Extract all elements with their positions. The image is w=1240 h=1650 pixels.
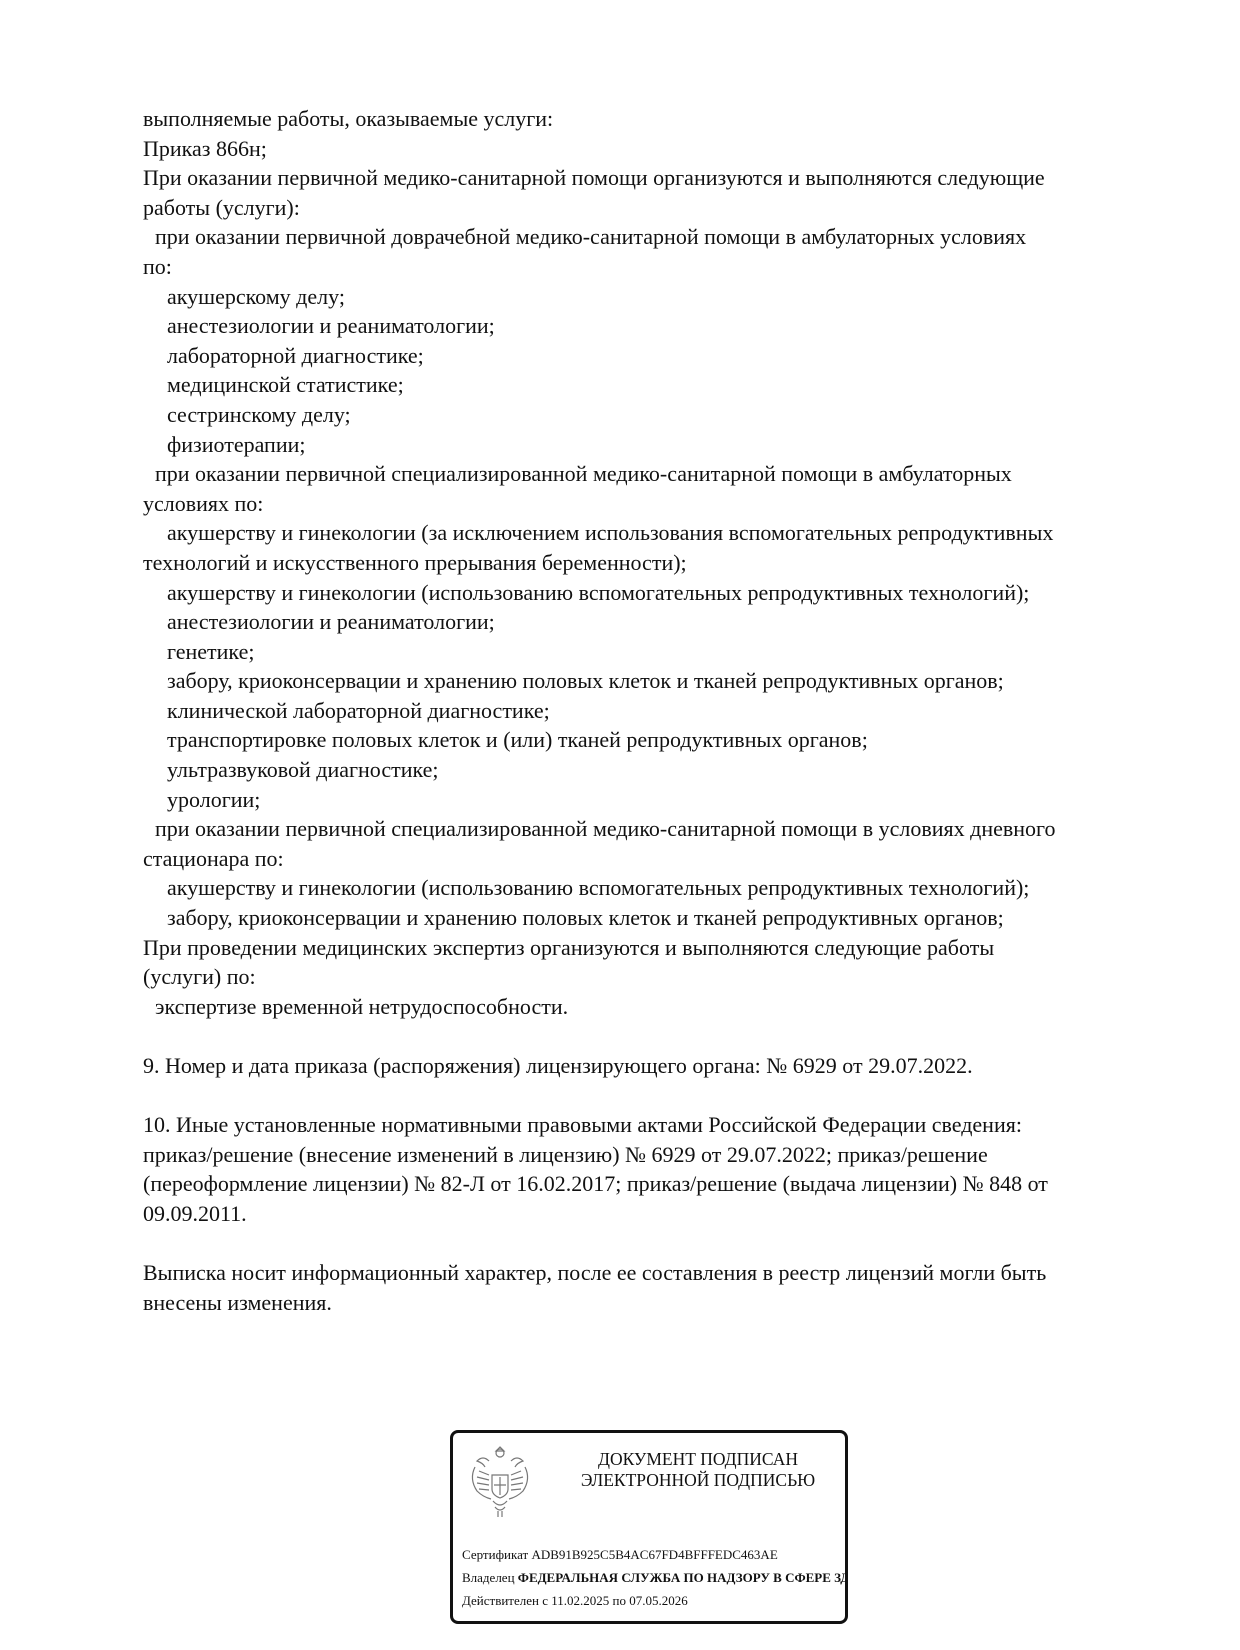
text-line: 09.09.2011.	[143, 1199, 1153, 1229]
text-line: технологий и искусственного прерывания б…	[143, 548, 1153, 578]
owner-row: Владелец ФЕДЕРАЛЬНАЯ СЛУЖБА ПО НАДЗОРУ В…	[462, 1566, 848, 1589]
certificate-label: Сертификат	[462, 1547, 528, 1562]
stamp-title-line-1: ДОКУМЕНТ ПОДПИСАН	[553, 1449, 843, 1470]
text-line: анестезиологии и реаниматологии;	[143, 607, 1153, 637]
validity-row: Действителен с 11.02.2025 по 07.05.2026	[462, 1589, 848, 1612]
text-line: экспертизе временной нетрудоспособности.	[143, 992, 1153, 1022]
stamp-title-line-2: ЭЛЕКТРОННОЙ ПОДПИСЬЮ	[553, 1470, 843, 1491]
text-line: приказ/решение (внесение изменений в лиц…	[143, 1140, 1153, 1170]
owner-value: ФЕДЕРАЛЬНАЯ СЛУЖБА ПО НАДЗОРУ В СФЕРЕ ЗД…	[518, 1570, 848, 1585]
text-line: акушерству и гинекологии (использованию …	[143, 578, 1153, 608]
text-line: внесены изменения.	[143, 1288, 1153, 1318]
text-line: При оказании первичной медико-санитарной…	[143, 163, 1153, 193]
certificate-row: Сертификат ADB91B925C5B4AC67FD4BFFFEDC46…	[462, 1543, 848, 1566]
text-line: медицинской статистике;	[143, 370, 1153, 400]
blank-line	[143, 1081, 1153, 1111]
electronic-signature-stamp: ДОКУМЕНТ ПОДПИСАН ЭЛЕКТРОННОЙ ПОДПИСЬЮ С…	[450, 1430, 848, 1624]
text-line: при оказании первичной специализированно…	[143, 459, 1153, 489]
blank-line	[143, 1021, 1153, 1051]
text-line: стационара по:	[143, 844, 1153, 874]
text-line: работы (услуги):	[143, 193, 1153, 223]
text-line: При проведении медицинских экспертиз орг…	[143, 933, 1153, 963]
text-line: акушерству и гинекологии (использованию …	[143, 873, 1153, 903]
text-line: транспортировке половых клеток и (или) т…	[143, 725, 1153, 755]
text-line: урологии;	[143, 785, 1153, 815]
text-line: сестринскому делу;	[143, 400, 1153, 430]
blank-line	[143, 1229, 1153, 1259]
text-line: 10. Иные установленные нормативными прав…	[143, 1110, 1153, 1140]
text-line: генетике;	[143, 637, 1153, 667]
stamp-title: ДОКУМЕНТ ПОДПИСАН ЭЛЕКТРОННОЙ ПОДПИСЬЮ	[553, 1449, 843, 1491]
document-body: выполняемые работы, оказываемые услуги:П…	[143, 104, 1153, 1317]
text-line: физиотерапии;	[143, 430, 1153, 460]
text-line: акушерству и гинекологии (за исключением…	[143, 518, 1153, 548]
russian-coat-of-arms-icon	[465, 1441, 535, 1521]
text-line: при оказании первичной доврачебной медик…	[143, 222, 1153, 252]
text-line: лабораторной диагностике;	[143, 341, 1153, 371]
text-line: Выписка носит информационный характер, п…	[143, 1258, 1153, 1288]
text-line: (переоформление лицензии) № 82-Л от 16.0…	[143, 1169, 1153, 1199]
text-line: акушерскому делу;	[143, 282, 1153, 312]
stamp-details: Сертификат ADB91B925C5B4AC67FD4BFFFEDC46…	[462, 1543, 848, 1612]
text-line: 9. Номер и дата приказа (распоряжения) л…	[143, 1051, 1153, 1081]
text-line: условиях по:	[143, 489, 1153, 519]
certificate-value: ADB91B925C5B4AC67FD4BFFFEDC463AE	[531, 1547, 777, 1562]
text-line: Приказ 866н;	[143, 134, 1153, 164]
text-line: ультразвуковой диагностике;	[143, 755, 1153, 785]
text-line: по:	[143, 252, 1153, 282]
text-line: клинической лабораторной диагностике;	[143, 696, 1153, 726]
text-line: выполняемые работы, оказываемые услуги:	[143, 104, 1153, 134]
text-line: (услуги) по:	[143, 962, 1153, 992]
text-line: забору, криоконсервации и хранению полов…	[143, 903, 1153, 933]
text-line: забору, криоконсервации и хранению полов…	[143, 666, 1153, 696]
text-line: при оказании первичной специализированно…	[143, 814, 1153, 844]
text-line: анестезиологии и реаниматологии;	[143, 311, 1153, 341]
owner-label: Владелец	[462, 1570, 515, 1585]
